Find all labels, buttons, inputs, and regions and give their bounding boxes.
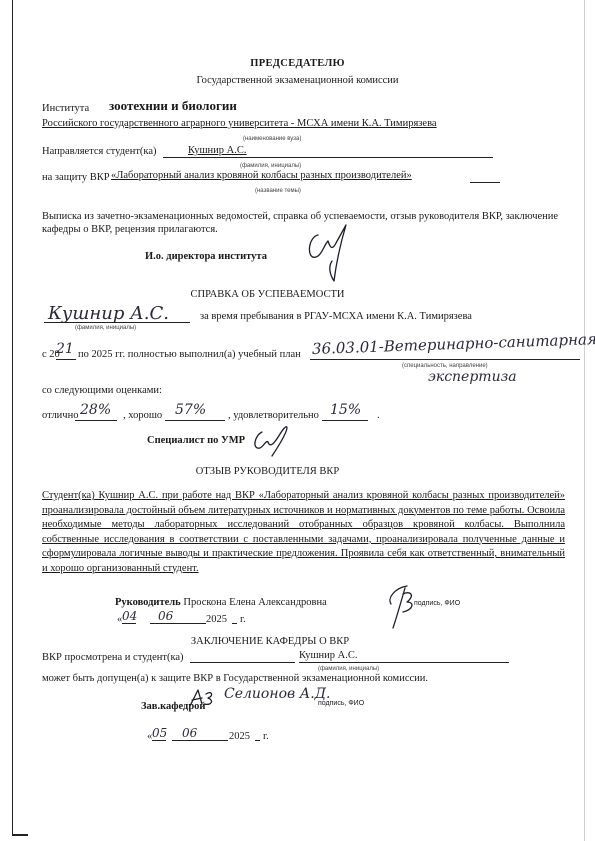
review-body: при работе над ВКР «Лабораторный анализ … (42, 490, 565, 574)
review-date-year-line (232, 623, 237, 624)
university-name: Российского государственного аграрного у… (42, 118, 437, 129)
addressee-subtitle: Государственной экзаменационной комиссии (0, 75, 595, 86)
conclusion-date-year-line (255, 740, 260, 741)
specialty-line (310, 359, 580, 360)
scan-border-corner (12, 834, 28, 836)
institute-name: зоотехнии и биологии (109, 98, 237, 114)
stay-text: за время пребывания в РГАУ-МСХА имени К.… (200, 311, 472, 322)
good-line (165, 420, 225, 421)
head-signature-caption: подпись, ФИО (318, 700, 364, 707)
performance-student-handwritten: Кушнир А.С. (48, 303, 169, 324)
head-handwritten-name: Селионов А.Д. (224, 686, 331, 702)
satisfactory-line (322, 420, 368, 421)
thesis-title: «Лабораторный анализ кровяной колбасы ра… (111, 170, 412, 181)
satisfactory-value: 15% (330, 402, 361, 418)
student-caption: (фамилия, инициалы) (240, 163, 301, 169)
conclusion-student-caption: (фамилия, инициалы) (318, 666, 379, 672)
supervisor-label: Руководитель (115, 597, 181, 608)
university-caption: (наименование вуза) (243, 136, 301, 142)
excellent-line (75, 420, 117, 421)
review-heading: ОТЗЫВ РУКОВОДИТЕЛЯ ВКР (0, 466, 535, 477)
review-date-day-line (122, 623, 136, 624)
review-student-name: Кушнир А.С. (99, 490, 159, 501)
performance-student-caption: (фамилия, инициалы) (75, 325, 136, 331)
conclusion-date-year: 2025 (229, 731, 250, 742)
conclusion-date-month-line (172, 740, 228, 741)
conclusion-date-month: 06 (182, 726, 197, 740)
specialty-handwritten-line2: экспертиза (428, 369, 517, 385)
good-label: , хорошо (123, 410, 162, 421)
review-date-month-line (150, 623, 206, 624)
supervisor-line: Руководитель Проскона Елена Александровн… (115, 597, 327, 608)
grades-label: со следующими оценками: (42, 385, 162, 396)
thesis-caption: (название темы) (255, 188, 301, 194)
conclusion-student-name: Кушнир А.С. (299, 650, 358, 661)
director-signature (300, 215, 350, 285)
year-start-line (56, 359, 76, 360)
student-field-line (163, 157, 493, 158)
grades-end-mark: . (377, 410, 380, 421)
excellent-label: отлично (42, 410, 78, 421)
scan-border-left (12, 0, 13, 835)
conclusion-student-line (299, 662, 509, 663)
conclusion-date-day-line (152, 740, 166, 741)
review-date-day: 04 (122, 609, 137, 623)
institute-label: Института (42, 103, 89, 114)
review-date-month: 06 (158, 609, 173, 623)
admission-text: может быть допущен(а) к защите ВКР в Гос… (42, 673, 428, 684)
document-page: ПРЕДСЕДАТЕЛЮ Государственной экзаменацио… (0, 0, 595, 841)
specialist-label: Специалист по УМР (147, 435, 245, 446)
review-prefix: Студент(ка) (42, 490, 95, 501)
student-name: Кушнир А.С. (188, 145, 247, 156)
conclusion-blank-line (190, 662, 295, 663)
year-start-handwritten: 21 (56, 341, 74, 357)
conclusion-date-day: 05 (152, 726, 167, 740)
review-date-year: 2025 (206, 614, 227, 625)
specialist-signature (250, 420, 300, 460)
excellent-value: 28% (80, 402, 111, 418)
addressee-title: ПРЕДСЕДАТЕЛЮ (0, 58, 595, 69)
performance-heading: СПРАВКА ОБ УСПЕВАЕМОСТИ (0, 289, 535, 300)
review-text: Студент(ка) Кушнир А.С. при работе над В… (42, 489, 565, 576)
conclusion-reviewed-label: ВКР просмотрена и студент(ка) (42, 652, 184, 663)
good-value: 57% (175, 402, 206, 418)
student-label: Направляется студент(ка) (42, 146, 157, 157)
conclusion-date-suffix: г. (263, 731, 269, 742)
head-signature (188, 686, 218, 708)
supervisor-name: Проскона Елена Александровна (183, 597, 326, 608)
conclusion-heading: ЗАКЛЮЧЕНИЕ КАФЕДРЫ О ВКР (0, 636, 540, 647)
defense-label: на защиту ВКР (42, 172, 110, 183)
supervisor-signature-caption: подпись, ФИО (414, 600, 460, 607)
review-date-suffix: г. (240, 614, 246, 625)
scan-border-right (584, 0, 585, 841)
specialty-handwritten-line1: 36.03.01-Ветеринарно-санитарная (312, 330, 595, 358)
year-text: по 2025 гг. полностью выполнил(а) учебны… (78, 349, 301, 360)
supervisor-signature (385, 582, 425, 632)
thesis-field-line (470, 182, 500, 183)
director-label: И.о. директора института (145, 251, 267, 262)
